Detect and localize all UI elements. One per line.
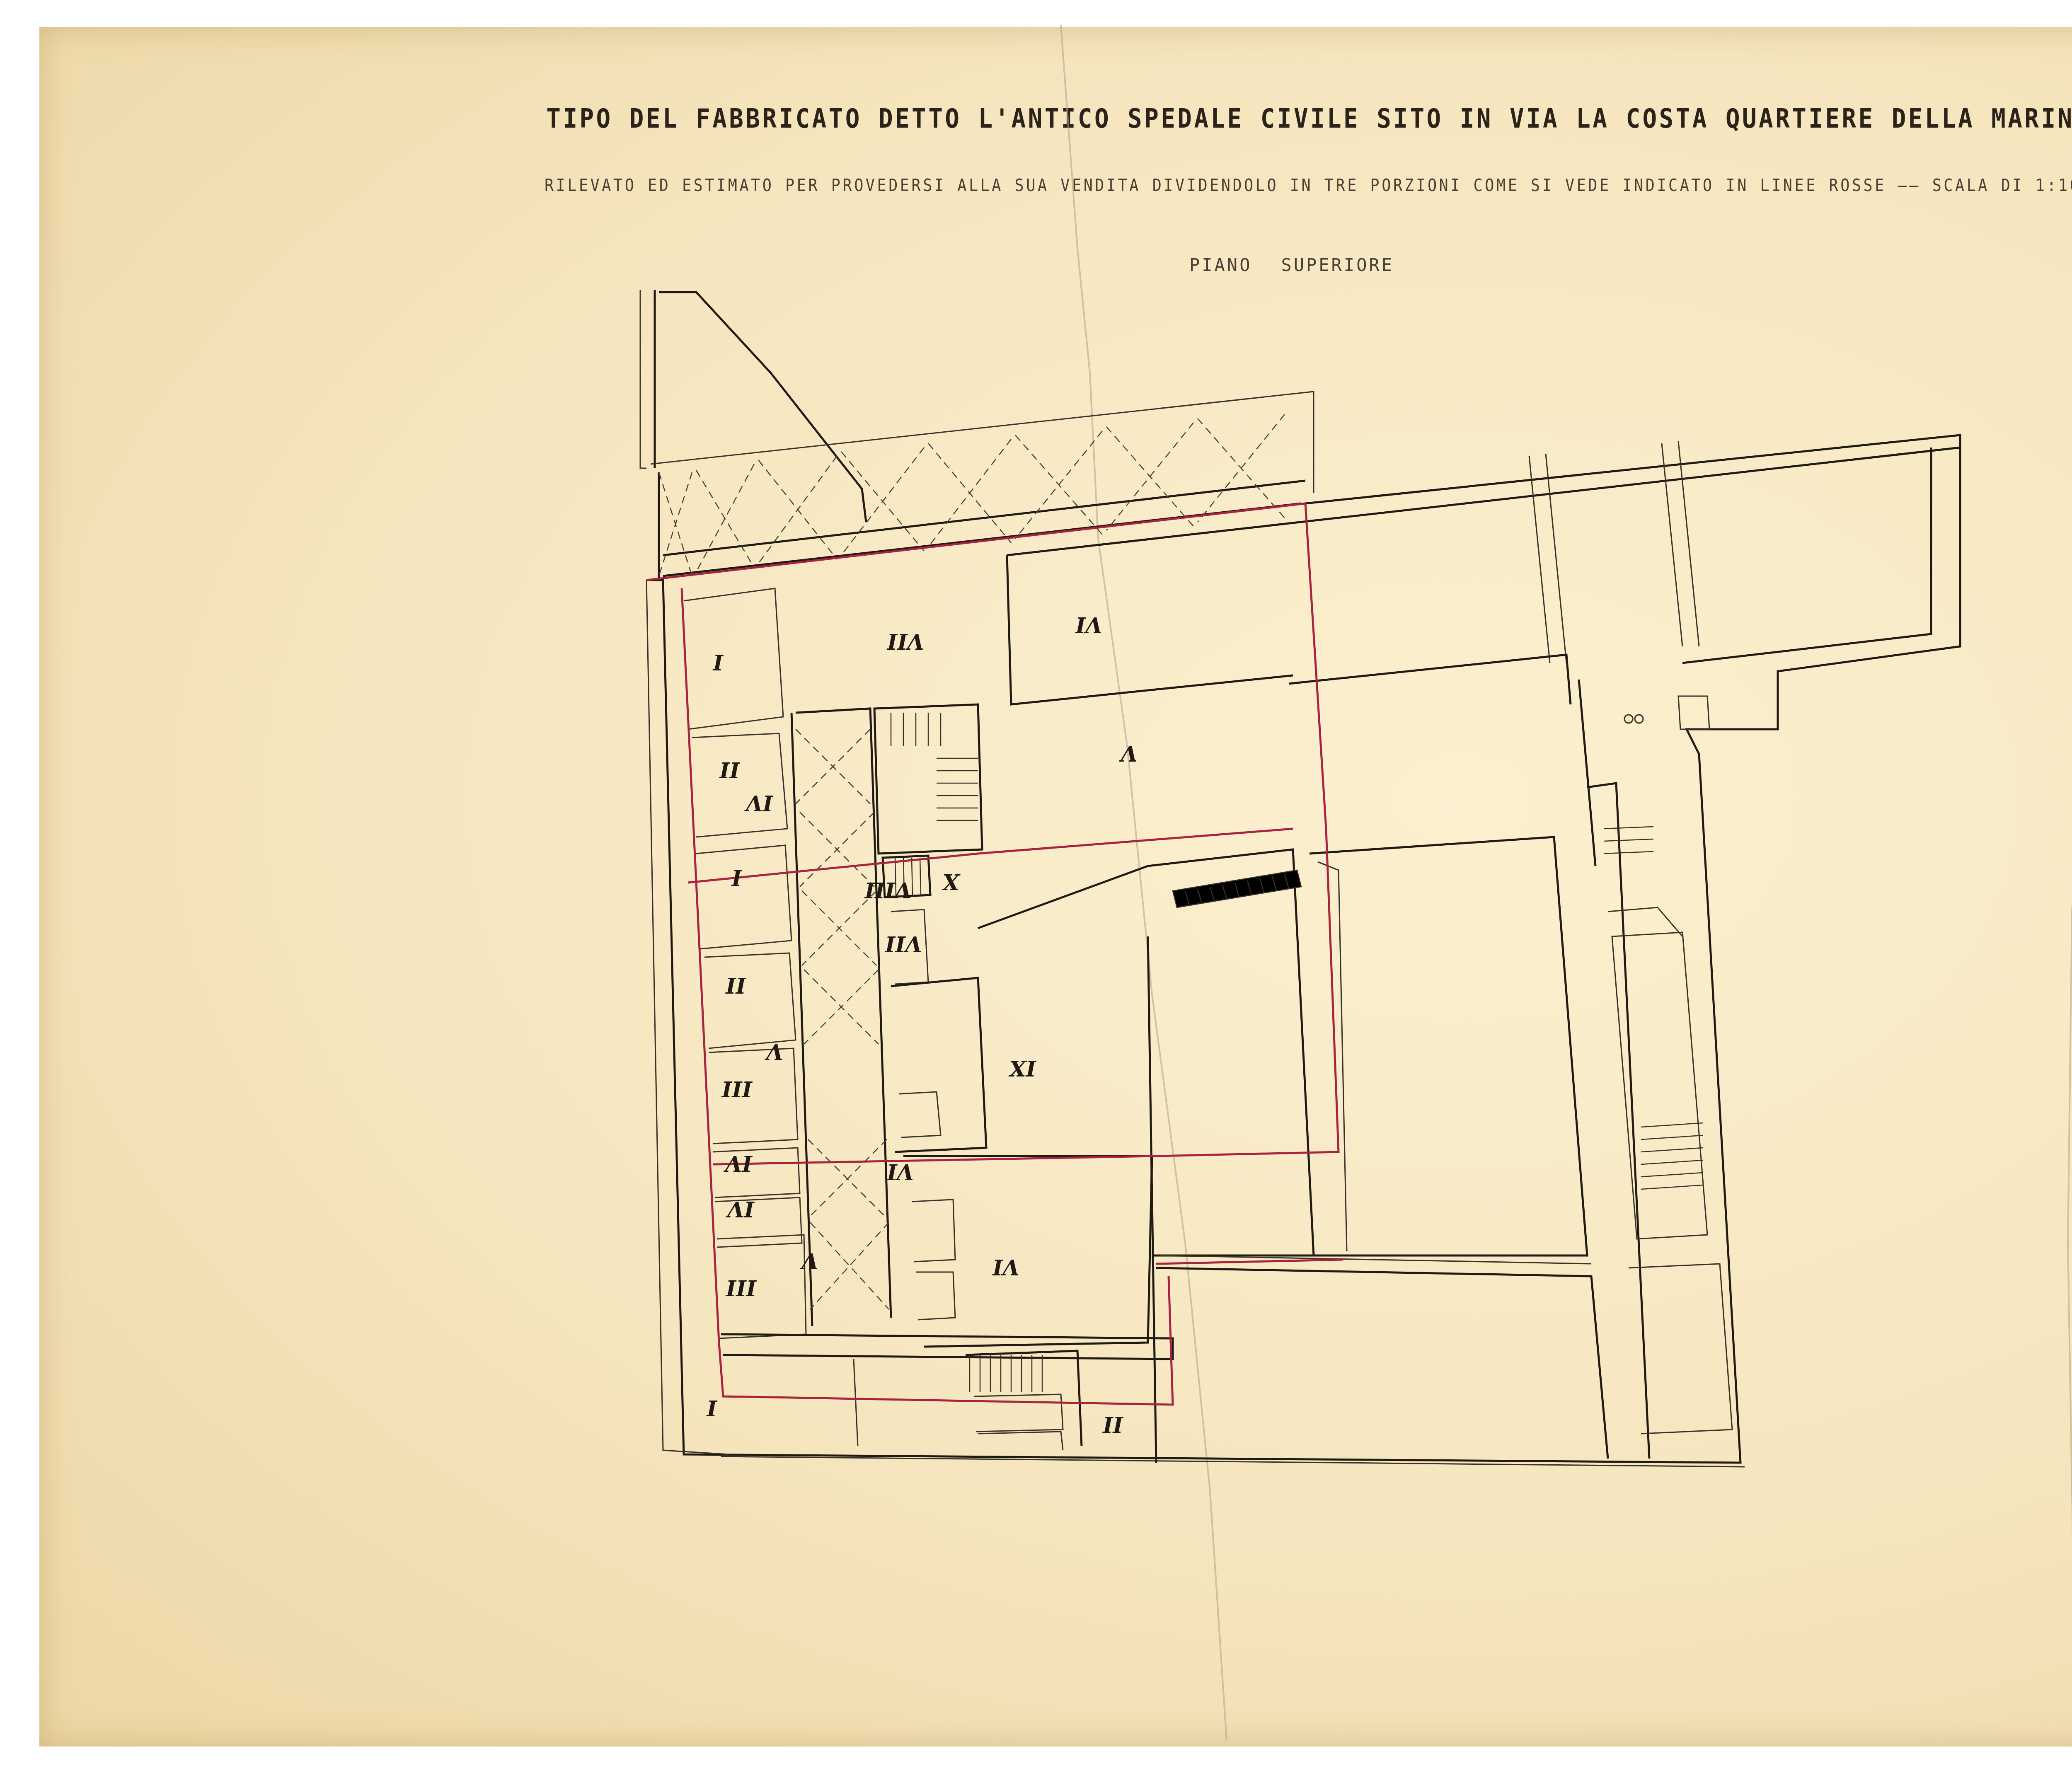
paper-crease-right [2068,29,2072,1740]
room-label: III [725,1275,757,1300]
wing-north-east [1007,441,1960,866]
west-rooms [684,588,806,1338]
room-label: X [942,869,961,894]
room-label: V [765,1039,783,1064]
room-label: IV [724,1151,753,1176]
room-label: III [721,1076,753,1101]
room-label: II [725,972,747,998]
room-label: V [1119,740,1138,766]
room-label: I [712,649,724,675]
room-label: VI [1075,612,1102,637]
room-label: IX [1008,1055,1037,1081]
room-label: VI [886,1159,914,1184]
room-label: II [719,757,741,782]
building-outline [646,435,1960,1467]
central-stairs [874,704,982,897]
floor-plan: I II I II III IV IV III I II IV V V VI V… [0,0,2072,1778]
room-label: VII [884,931,922,956]
room-label: II [1102,1412,1124,1437]
vaulted-corridor-north [659,414,1301,580]
annex-north-west [640,290,1314,555]
room-label: IV [726,1196,755,1222]
room-label: I [731,865,743,890]
south-rooms [721,910,1173,1450]
room-label: VII [886,629,924,654]
room-label: IV [744,790,774,815]
east-corridor [1587,696,1732,1459]
room-label: VIII [864,877,912,902]
room-label: VI [992,1254,1019,1280]
courtyard-and-east [978,837,1608,1463]
room-label: I [706,1395,718,1420]
room-labels: I II I II III IV IV III I II IV V V VI V… [706,612,1138,1437]
room-label: V [800,1248,818,1273]
paper-crease [1061,25,1227,1740]
